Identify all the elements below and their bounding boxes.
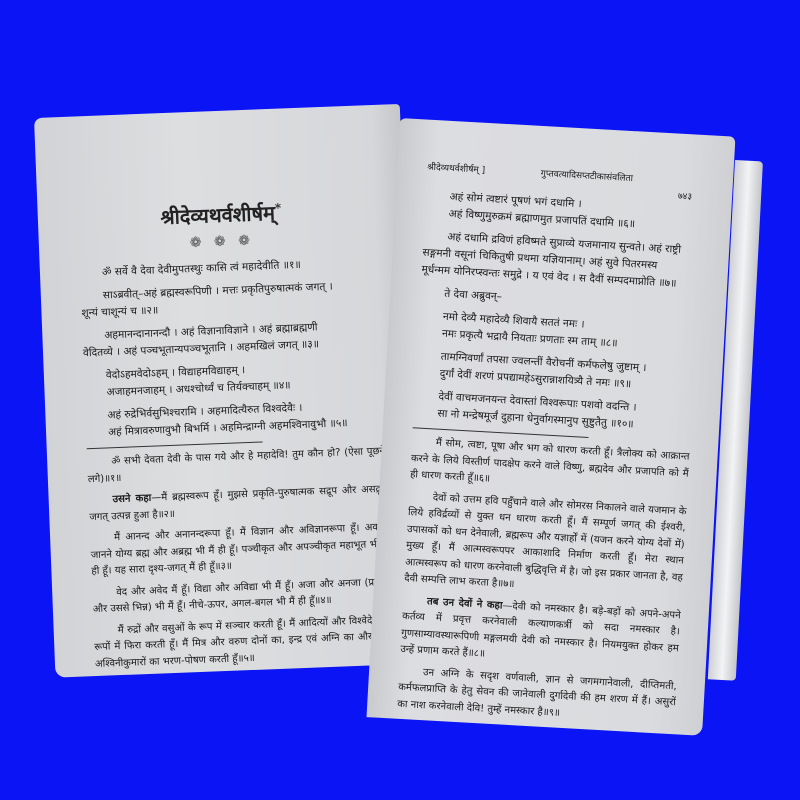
para-indent	[409, 491, 434, 503]
para-text: वेद और अवेद मैं हूँ। विद्या और अविद्या भ…	[93, 576, 391, 615]
para-indent	[90, 532, 114, 544]
left-page: श्रीदेव्यथर्वशीर्षम्* ❁ ❁ ❁ ॐ सर्वे वै द…	[34, 104, 421, 678]
para-text: मैं सोम, त्वष्टा, पूषा और भग को धारण करत…	[410, 438, 690, 485]
para-indent	[399, 665, 424, 677]
sanskrit-verses: ॐ सर्वे वै देवा देवीमुपतस्थुः कासि त्वं …	[40, 253, 413, 444]
para-lead: तब उन देवों ने कहा	[427, 596, 503, 611]
sanskrit-verses: अहं सोमं त्वष्टारं पूषणं भगं दधामि ।अहं …	[383, 186, 732, 438]
verse-2: साऽब्रवीत्–अहं ब्रह्मस्वरूपिणी । मत्तः प…	[41, 276, 408, 324]
para-text: ॐ सभी देवता देवी के पास गये और हे महादेव…	[88, 446, 386, 485]
verse-5: अहं रुद्रेभिर्वसुभिश्चरामि । अहमादित्यैर…	[45, 396, 412, 444]
translation-para-3: तब उन देवों ने कहा—देवी को नमस्कार है। ब…	[370, 591, 709, 676]
footnote-mark: *	[275, 201, 282, 215]
para-indent	[87, 456, 111, 468]
verse-4: वेदोऽहमवेदोऽहम् । विद्याहमविद्याहम् ।अजा…	[44, 356, 411, 404]
para-indent	[412, 436, 437, 448]
divider	[87, 441, 263, 449]
para-text: मैं आनन्द और अनानन्दरूपा हूँ। मैं विज्ञा…	[91, 522, 389, 577]
running-head-left: श्रीदेव्यथर्वशीर्षम् ]	[427, 160, 486, 176]
translation-para-2: देवों को उत्तम हवि पहुँचाने वाले और सोमर…	[374, 487, 715, 605]
translation-para-5: मैं रुद्रों और वसुओं के रूप में सञ्चार क…	[53, 611, 421, 675]
para-indent	[92, 587, 116, 599]
para-indent	[403, 594, 428, 606]
para-lead: उसने कहा	[113, 493, 152, 505]
para-indent	[89, 494, 113, 506]
para-indent	[94, 625, 118, 637]
title-text: श्रीदेव्यथर्वशीर्षम्	[160, 201, 275, 229]
para-indent	[396, 720, 421, 732]
para-text: मैं रुद्रों और वसुओं के रूप में सञ्चार क…	[94, 614, 392, 669]
hindi-translation: मैं सोम, त्वष्टा, पूषा और भग को धारण करत…	[367, 433, 718, 736]
hindi-translation: ॐ सभी देवता देवी के पास गये और हे महादेव…	[47, 443, 421, 675]
verse-3: अहमानन्दानानन्दौ । अहं विज्ञानाविज्ञाने …	[42, 316, 409, 364]
para-text: देवों को उत्तम हवि पहुँचाने वाले और सोमर…	[404, 492, 687, 590]
translation-para-3: मैं आनन्द और अनानन्दरूपा हूँ। मैं विज्ञा…	[50, 519, 418, 583]
open-book: श्रीदेव्यथर्वशीर्षम्* ❁ ❁ ❁ ॐ सर्वे वै द…	[0, 0, 800, 800]
right-page: श्रीदेव्यथर्वशीर्षम् ] गुप्तवत्यादिसप्तट…	[367, 118, 736, 736]
para-text: उन अग्नि के सदृश वर्णवाली, ज्ञान से जगमग…	[397, 667, 677, 719]
para-text: —देवी को नमस्कार है। बड़े-बड़ों को अपने-…	[400, 600, 681, 660]
